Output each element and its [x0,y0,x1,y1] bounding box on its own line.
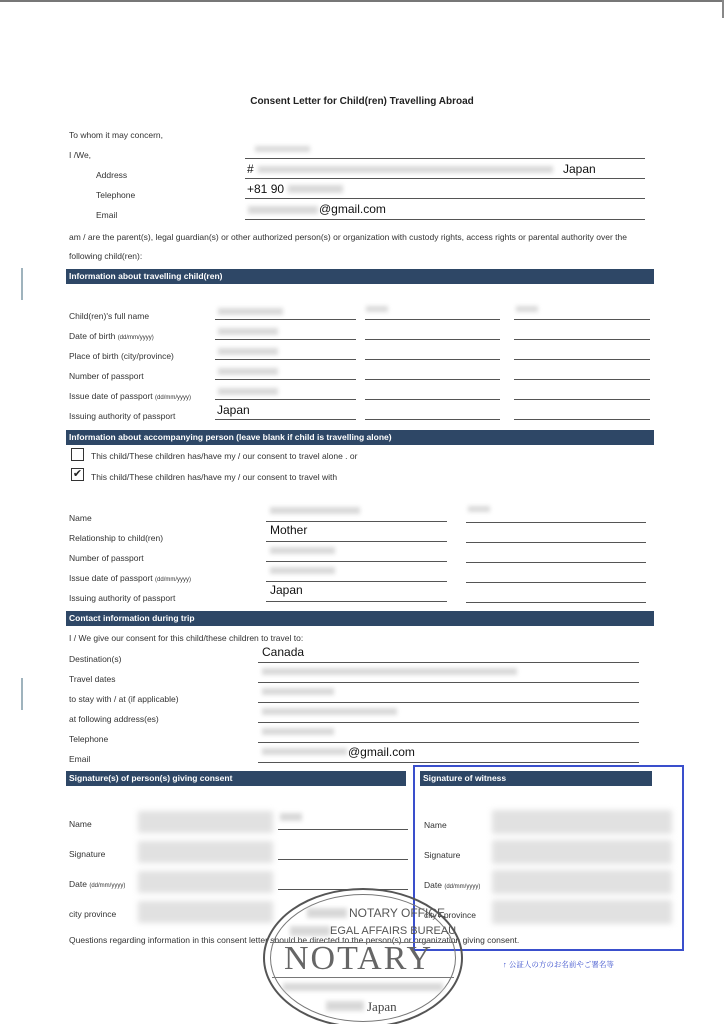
contact-field-line[interactable] [258,682,639,683]
child-field-label-text: Date of birth [69,331,115,341]
trip-email-domain: @gmail.com [348,745,415,759]
redacted-stamp-bureau [290,926,330,936]
stamp-line-2: EGAL AFFAIRS BUREAU [330,925,456,937]
signature-field-label: Signature [69,849,105,859]
redacted-accompanying-name-2 [468,506,490,512]
child-field-label-text: Issue date of passport [69,391,153,401]
contact-intro: I / We give our consent for this child/t… [69,633,303,643]
redacted-signature-name-2 [280,813,302,821]
child-field-line[interactable] [215,359,356,360]
section-header-children: Information about travelling child(ren) [66,269,654,284]
salutation: To whom it may concern, [69,130,163,140]
child-field-line[interactable] [215,419,356,420]
redacted-child-value [218,388,278,395]
contact-field-line[interactable] [258,762,639,763]
child-field-line[interactable] [514,379,650,380]
telephone-label: Telephone [96,190,135,200]
child-field-line[interactable] [514,359,650,360]
relationship-value: Mother [270,523,307,537]
contact-field-line[interactable] [258,662,639,663]
redacted-signature-value [138,871,273,893]
accompanying-field-line-2[interactable] [466,542,646,543]
child-field-line[interactable] [365,419,500,420]
email-label: Email [96,210,117,220]
redacted-contact-value [262,708,397,715]
checkbox-travel-with[interactable]: ✔ [71,468,84,481]
child-field-label-hint: (dd/mm/yyyy) [155,395,191,401]
signature-field-line[interactable] [278,859,408,860]
scan-punch-mark [21,678,23,710]
redacted-stamp-name [307,908,347,918]
redacted-stamp-city [326,1001,364,1011]
destination-value: Canada [262,645,304,659]
contact-field-label: Travel dates [69,674,115,684]
child-field-line[interactable] [215,339,356,340]
accompanying-field-line[interactable] [266,561,447,562]
redacted-email-user [248,206,318,214]
section-header-accompanying: Information about accompanying person (l… [66,430,654,445]
contact-field-label: Telephone [69,734,108,744]
accompanying-field-label-hint: (dd/mm/yyyy) [155,577,191,583]
stamp-country: Japan [367,999,397,1015]
child-field-label-hint: (dd/mm/yyyy) [118,335,154,341]
child-field-line[interactable] [514,399,650,400]
accompanying-field-label-text: Relationship to child(ren) [69,533,163,543]
email-domain: @gmail.com [319,202,386,216]
child-issuing-authority-value: Japan [217,403,250,417]
redacted-accompanying-value [270,547,335,554]
signature-field-label-text: Name [69,819,92,829]
accompanying-field-label: Issue date of passport (dd/mm/yyyy) [69,573,191,583]
accompanying-field-label: Name [69,513,92,523]
redacted-signature-value [138,901,273,923]
telephone-line [245,198,645,199]
redacted-accompanying-value [270,507,360,514]
child-field-label-text: Place of birth (city/province) [69,351,174,361]
child-field-line[interactable] [365,319,500,320]
signature-field-label-text: Date [69,879,87,889]
accompanying-field-line[interactable] [266,601,447,602]
redacted-contact-value [262,668,517,675]
statement-line-1: am / are the parent(s), legal guardian(s… [69,232,627,242]
telephone-prefix: +81 90 [247,182,284,196]
redacted-stamp-address [283,983,443,991]
contact-field-label: at following address(es) [69,714,159,724]
signature-field-label-text: Signature [69,849,105,859]
accompanying-field-line-2[interactable] [466,582,646,583]
accompanying-issuing-authority-value: Japan [270,583,303,597]
contact-field-line[interactable] [258,702,639,703]
address-line [245,178,645,179]
child-field-label-text: Number of passport [69,371,144,381]
address-label: Address [96,170,127,180]
redacted-child-value [218,368,278,375]
contact-field-label: Destination(s) [69,654,121,664]
stamp-big-text: NOTARY [284,940,433,978]
child-field-label: Place of birth (city/province) [69,351,174,361]
redacted-signature-value [138,841,273,863]
redacted-telephone [288,185,343,193]
redacted-contact-value [262,728,334,735]
contact-field-line[interactable] [258,742,639,743]
child-field-line[interactable] [365,339,500,340]
accompanying-field-label-text: Issuing authority of passport [69,593,175,603]
signature-field-label: Name [69,819,92,829]
child-field-label: Child(ren)'s full name [69,311,149,321]
child-field-line[interactable] [514,419,650,420]
child-field-label: Issue date of passport (dd/mm/yyyy) [69,391,191,401]
child-field-line[interactable] [215,399,356,400]
address-country: Japan [563,162,596,176]
signature-field-label-text: city province [69,909,116,919]
stamp-divider-2 [272,977,454,978]
redacted-address [258,166,553,173]
child-field-line[interactable] [365,359,500,360]
witness-highlight-box [413,765,684,951]
accompanying-field-label: Relationship to child(ren) [69,533,163,543]
accompanying-field-line-2[interactable] [466,602,646,603]
contact-field-label: Email [69,754,90,764]
redacted-contact-value [262,688,334,695]
redacted-child-value [218,308,283,315]
redacted-accompanying-value [270,567,335,574]
redacted-child-value [218,328,278,335]
accompanying-field-label-text: Name [69,513,92,523]
checkbox-travel-alone[interactable] [71,448,84,461]
child-field-line[interactable] [365,399,500,400]
child-field-label: Number of passport [69,371,144,381]
child-field-line[interactable] [514,319,650,320]
child-field-label-text: Child(ren)'s full name [69,311,149,321]
scan-punch-mark [21,268,23,300]
scan-top-edge [0,0,724,2]
section-header-contact: Contact information during trip [66,611,654,626]
child-field-line[interactable] [365,379,500,380]
signature-field-line[interactable] [278,829,408,830]
document-title: Consent Letter for Child(ren) Travelling… [0,96,724,107]
accompanying-field-label-text: Issue date of passport [69,573,153,583]
contact-field-label: to stay with / at (if applicable) [69,694,179,704]
redacted-applicant-name [255,146,310,152]
child-field-label: Issuing authority of passport [69,411,175,421]
email-line [245,219,645,220]
accompanying-field-label: Number of passport [69,553,144,563]
redacted-child-name-2 [366,306,388,312]
redacted-child-name-3 [516,306,538,312]
statement-line-2: following child(ren): [69,251,142,261]
address-prefix: # [247,162,254,176]
accompanying-field-line[interactable] [266,541,447,542]
option-travel-with-label: This child/These children has/have my / … [91,472,337,482]
stamp-line-1: NOTARY OFFICE [349,906,445,920]
signature-field-label: Date (dd/mm/yyyy) [69,879,125,889]
accompanying-field-label-text: Number of passport [69,553,144,563]
redacted-child-value [218,348,278,355]
child-field-label-text: Issuing authority of passport [69,411,175,421]
signature-field-label: city province [69,909,116,919]
redacted-signature-value [138,811,273,833]
signature-field-label-hint: (dd/mm/yyyy) [89,883,125,889]
redacted-trip-email-user [262,748,347,755]
accompanying-field-label: Issuing authority of passport [69,593,175,603]
witness-annotation-note: ↑ 公証人の方のお名前やご署名等 [503,959,614,970]
contact-field-line[interactable] [258,722,639,723]
child-field-line[interactable] [215,379,356,380]
applicant-name-line [245,158,645,159]
child-field-line[interactable] [215,319,356,320]
accompanying-field-line-2[interactable] [466,522,646,523]
child-field-label: Date of birth (dd/mm/yyyy) [69,331,154,341]
child-field-line[interactable] [514,339,650,340]
accompanying-field-line[interactable] [266,521,447,522]
accompanying-field-line-2[interactable] [466,562,646,563]
accompanying-field-line[interactable] [266,581,447,582]
section-header-signatures: Signature(s) of person(s) giving consent [66,771,406,786]
iwe-label: I /We, [69,150,91,160]
option-travel-alone-label: This child/These children has/have my / … [91,451,357,461]
